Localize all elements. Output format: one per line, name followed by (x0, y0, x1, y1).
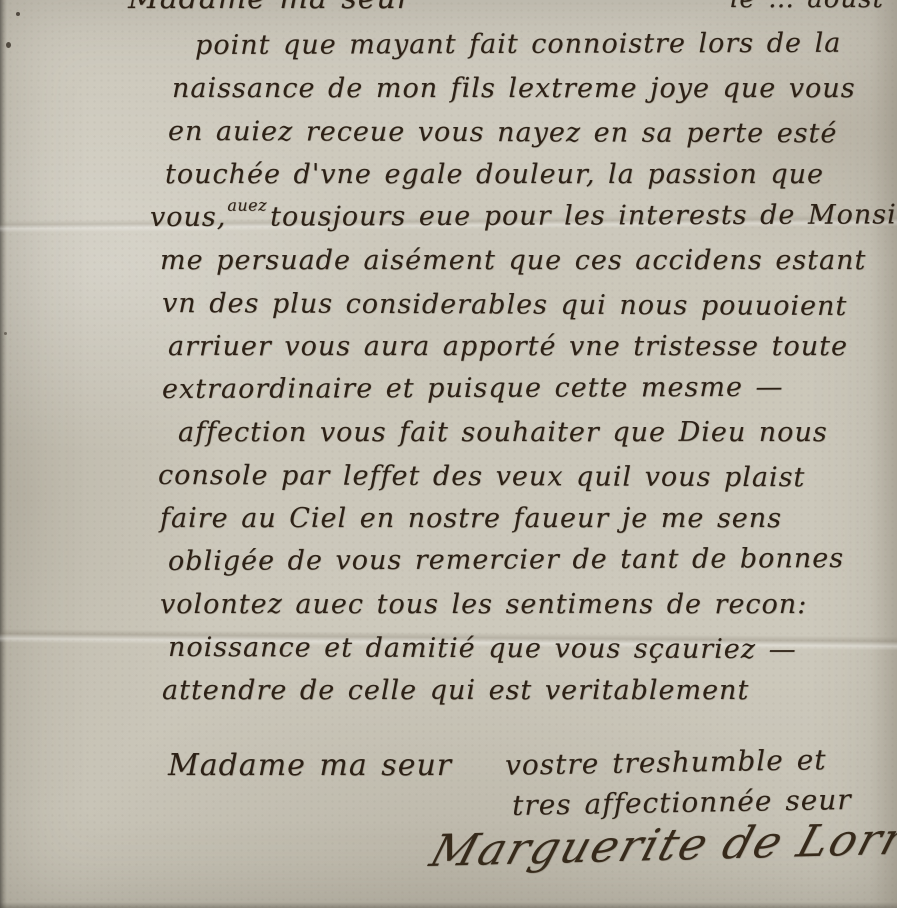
letter-body: point que mayant fait connoistre lors de… (0, 24, 897, 712)
body-line: affection vous fait souhaiter que Dieu n… (178, 411, 897, 454)
body-line: attendre de celle qui est veritablement (162, 669, 897, 712)
body-line-pre: vous, (150, 202, 226, 233)
body-line: extraordinaire et puisque cette mesme — (162, 365, 897, 411)
ink-speck (16, 12, 20, 16)
closing-salutation: Madame ma seur (168, 748, 452, 783)
signature-marguerite-de-lorraine: Marguerite de Lorraine (424, 811, 897, 877)
body-line: faire au Ciel en nostre faueur je me sen… (160, 497, 897, 540)
body-line: me persuade aisément que ces accidens es… (160, 239, 897, 282)
body-line-post: tousjours eue pour les interests de Mons… (270, 199, 897, 232)
body-line: naissance de mon fils lextreme joye que … (172, 67, 897, 110)
interlinear-insertion: auez (227, 184, 267, 227)
body-line: touchée d'vne egale douleur, la passion … (165, 153, 897, 196)
body-line: obligée de vous remercier de tant de bon… (168, 537, 897, 583)
body-line: noissance et damitié que vous sçauriez — (168, 626, 897, 672)
body-line-with-insertion: vous,aueztousjours eue pour les interest… (150, 193, 897, 239)
body-line: point que mayant fait connoistre lors de… (195, 22, 897, 67)
valediction-line-1: vostre treshumble et (505, 743, 827, 782)
header-salutation: Madame ma seur (128, 0, 412, 16)
body-line: console par leffet des veux quil vous pl… (158, 454, 897, 500)
paper-bottom-edge-shadow (0, 902, 897, 908)
body-line: en auiez receue vous nayez en sa perte e… (168, 110, 897, 156)
body-line: volontez auec tous les sentimens de reco… (160, 583, 897, 626)
body-line: vn des plus considerables qui nous pouuo… (162, 282, 897, 328)
letter-page: Madame ma seur le … aoust point que maya… (0, 0, 897, 908)
body-line: arriuer vous aura apporté vne tristesse … (168, 325, 897, 368)
header-date-fragment: le … aoust (730, 0, 884, 14)
